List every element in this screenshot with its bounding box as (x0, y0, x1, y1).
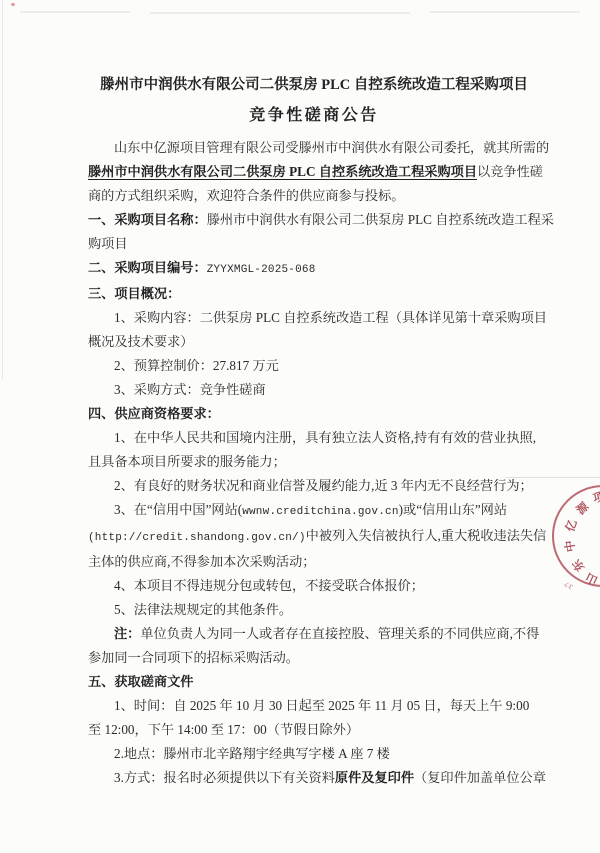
text-run: 五、获取磋商文件 (88, 674, 194, 689)
document-line: 2.地点：滕州市北辛路翔宇经典写字楼 A 座 7 楼 (88, 742, 540, 766)
text-run: 3、在“信用中国”网站( (114, 502, 242, 517)
document-line: 且具备本项目所要求的服务能力； (88, 450, 540, 474)
scan-artifact (2, 0, 3, 380)
text-run: 山东中亿源项目管理有限公司受滕州市中润供水有限公司委托，就其所需的 (114, 140, 549, 155)
text-run: 至 12:00，下午 14:00 至 17：00（节假日除外） (88, 722, 359, 737)
document-line: 2、有良好的财务状况和商业信誉及履约能力,近 3 年内无不良经营行为； (88, 474, 540, 498)
text-run: ZYYXMGL-2025-068 (207, 264, 316, 276)
document-title: 滕州市中润供水有限公司二供泵房 PLC 自控系统改造工程采购项目 (88, 70, 540, 100)
document-line: 滕州市中润供水有限公司二供泵房 PLC 自控系统改造工程采购项目以竞争性磋 (88, 160, 540, 184)
text-run: 2、有良好的财务状况和商业信誉及履约能力,近 3 年内无不良经营行为； (114, 478, 533, 493)
text-run: 四、供应商资格要求： (88, 406, 220, 421)
scan-artifact (11, 3, 15, 6)
text-run: 1、时间：自 2025 年 10 月 30 日起至 2025 年 11 月 05… (114, 698, 529, 713)
text-run: 商的方式组织采购，欢迎符合条件的供应商参与投标。 (88, 188, 405, 203)
text-run: (http://credit.shandong.gov.cn/) (88, 532, 306, 544)
text-run: 以竞争性磋 (477, 164, 543, 179)
text-run: 购项目 (88, 236, 128, 251)
text-run: 原件及复印件 (335, 770, 414, 785)
text-run: 概况及技术要求） (88, 334, 194, 349)
document-line: 二、采购项目编号：ZYYXMGL-2025-068 (88, 256, 540, 282)
document-subtitle: 竞争性磋商公告 (88, 100, 540, 132)
document-line: 五、获取磋商文件 (88, 670, 540, 694)
text-run: 二、采购项目编号： (88, 260, 207, 275)
document-line: 2、预算控制价：27.817 万元 (88, 354, 540, 378)
text-run: 2、预算控制价：27.817 万元 (114, 358, 279, 373)
text-run: 单位负责人为同一人或者存在直接控股、管理关系的不同供应商,不得 (140, 626, 539, 641)
scan-artifact (20, 11, 130, 13)
document-line: 3.方式：报名时必须提供以下有关资料原件及复印件（复印件加盖单位公章 (88, 766, 540, 790)
scanned-document-page: 滕州市中润供水有限公司二供泵房 PLC 自控系统改造工程采购项目 竞争性磋商公告… (0, 0, 600, 853)
document-line: 至 12:00，下午 14:00 至 17：00（节假日除外） (88, 718, 540, 742)
scan-artifact (430, 11, 580, 13)
document-line: 参加同一合同项下的招标采购活动。 (88, 646, 540, 670)
text-run: 参加同一合同项下的招标采购活动。 (88, 650, 299, 665)
text-run: 一、采购项目名称： (88, 212, 207, 227)
document-line: 1、在中华人民共和国境内注册，具有独立法人资格,持有有效的营业执照, (88, 426, 540, 450)
text-run: 1、在中华人民共和国境内注册，具有独立法人资格,持有有效的营业执照, (114, 430, 536, 445)
text-run: 中被列入失信被执行人,重大税收违法失信 (306, 528, 547, 543)
document-line: 购项目 (88, 232, 540, 256)
document-line: 商的方式组织采购，欢迎符合条件的供应商参与投标。 (88, 184, 540, 208)
text-run: （复印件加盖单位公章 (414, 770, 546, 785)
text-run: 三、项目概况： (88, 286, 180, 301)
text-run: 3.方式：报名时必须提供以下有关资料 (114, 770, 335, 785)
text-run: 滕州市中润供水有限公司二供泵房 PLC 自控系统改造工程采购项目 (88, 164, 477, 179)
document-line: 1、采购内容：二供泵房 PLC 自控系统改造工程（具体详见第十章采购项目 (88, 306, 540, 330)
document-line: 四、供应商资格要求： (88, 402, 540, 426)
scan-artifact (150, 12, 410, 14)
text-run: 4、本项目不得违规分包或转包，不接受联合体报价； (114, 578, 424, 593)
document-text: 山东中亿源项目管理有限公司受滕州市中润供水有限公司委托，就其所需的滕州市中润供水… (88, 136, 540, 790)
document-line: 3、采购方式：竞争性磋商 (88, 378, 540, 402)
text-run: 1、采购内容：二供泵房 PLC 自控系统改造工程（具体详见第十章采购项目 (114, 310, 547, 325)
text-run: )或“信用山东”网站 (399, 502, 507, 517)
document-line: 5、法律法规规定的其他条件。 (88, 598, 540, 622)
document-line: 概况及技术要求） (88, 330, 540, 354)
document-line: 三、项目概况： (88, 282, 540, 306)
text-run: 5、法律法规规定的其他条件。 (114, 602, 292, 617)
document-line: 4、本项目不得违规分包或转包，不接受联合体报价； (88, 574, 540, 598)
text-run: 且具备本项目所要求的服务能力； (88, 454, 286, 469)
document-line: 1、时间：自 2025 年 10 月 30 日起至 2025 年 11 月 05… (88, 694, 540, 718)
text-run: 注： (114, 626, 140, 641)
text-run: 2.地点：滕州市北辛路翔宇经典写字楼 A 座 7 楼 (114, 746, 390, 761)
document-body: 滕州市中润供水有限公司二供泵房 PLC 自控系统改造工程采购项目 竞争性磋商公告… (88, 70, 540, 790)
seal-code: 37 (563, 579, 575, 591)
document-line: 一、采购项目名称：滕州市中润供水有限公司二供泵房 PLC 自控系统改造工程采 (88, 208, 540, 232)
text-run: 3、采购方式：竞争性磋商 (114, 382, 266, 397)
document-line: 山东中亿源项目管理有限公司受滕州市中润供水有限公司委托，就其所需的 (88, 136, 540, 160)
text-run: wwnw.creditchina.gov.cn (242, 506, 398, 518)
document-line: (http://credit.shandong.gov.cn/)中被列入失信被执… (88, 524, 540, 550)
document-line: 注：单位负责人为同一人或者存在直接控股、管理关系的不同供应商,不得 (88, 622, 540, 646)
text-run: 滕州市中润供水有限公司二供泵房 PLC 自控系统改造工程采 (207, 212, 554, 227)
seal-character: 中 (564, 539, 578, 553)
document-line: 3、在“信用中国”网站(wwnw.creditchina.gov.cn)或“信用… (88, 498, 540, 524)
document-line: 主体的供应商,不得参加本次采购活动； (88, 550, 540, 574)
text-run: 主体的供应商,不得参加本次采购活动； (88, 554, 315, 569)
